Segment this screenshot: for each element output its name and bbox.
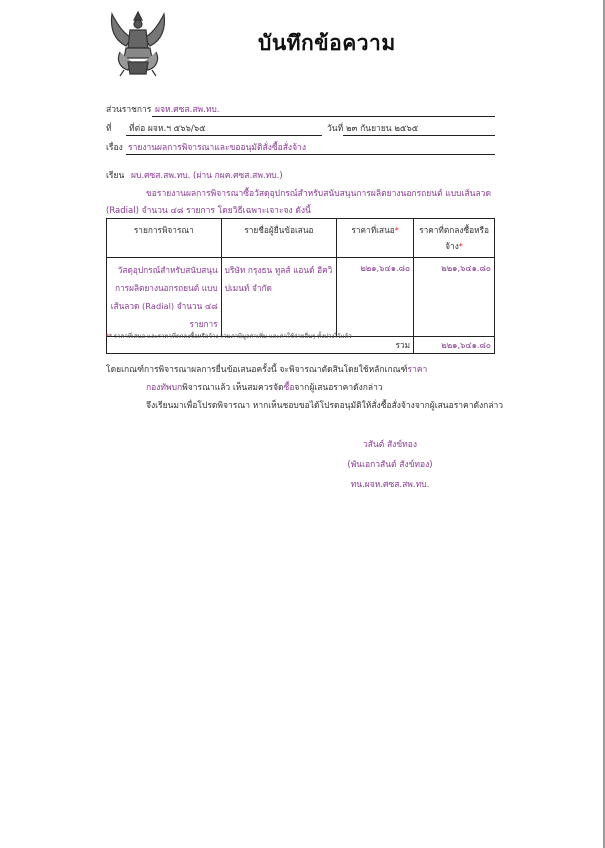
table-row: วัสดุอุปกรณ์สำหรับสนับสนุนการผลิตยางนอกร…	[107, 258, 495, 337]
body-line-2: กองทัพบกพิจารณาแล้ว เห็นสมควรจัดซื้อจากผ…	[146, 380, 383, 394]
date-value: ๒๓ กันยายน ๒๕๖๕	[346, 121, 418, 135]
cell-vendor: บริษัท กรุงธน ทูลส์ แอนด์ อีควิปเมนท์ จำ…	[221, 258, 337, 337]
ref-label: ที่	[106, 121, 112, 135]
date-label: วันที่	[327, 121, 343, 135]
department-underline	[152, 116, 495, 117]
subject-underline	[126, 154, 495, 155]
footnote: ** ราคาที่เสนอ และราคาที่ตกลงซื้อหรือจ้า…	[106, 331, 352, 341]
header-agreed-price: ราคาที่ตกลงซื้อหรือจ้าง*	[414, 219, 495, 258]
header-vendor: รายชื่อผู้ยื่นข้อเสนอ	[221, 219, 337, 258]
ref-underline	[126, 135, 322, 136]
department-label: ส่วนราชการ	[106, 102, 151, 116]
salutation-value: ผบ.ศซส.สพ.ทบ. (ผ่าน กผค.ศซส.สพ.ทบ.)	[131, 168, 283, 182]
intro-line-1: ขอรายงานผลการพิจารณาซื้อวัสดุอุปกรณ์สำหร…	[146, 186, 491, 200]
department-value: ผจห.ศซส.สพ.ทบ.	[155, 102, 220, 116]
ref-value: ที่ต่อ ผจห.ฯ ๕๖๖/๖๕	[129, 121, 206, 135]
salutation-label: เรียน	[106, 168, 124, 182]
cell-agreed-price: ๒๒๑,๖๔๑.๘๐	[414, 258, 495, 337]
total-value: ๒๒๑,๖๔๑.๘๐	[414, 337, 495, 354]
table-header-row: รายการพิจารณา รายชื่อผู้ยื่นข้อเสนอ ราคา…	[107, 219, 495, 258]
body-line-3: จึงเรียนมาเพื่อโปรดพิจารณา หากเห็นชอบขอไ…	[146, 398, 503, 412]
subject-label: เรื่อง	[106, 140, 123, 154]
subject-value: รายงานผลการพิจารณาและขออนุมัติสั่งซื้อสั…	[128, 140, 306, 154]
memo-page: บันทึกข้อความ ส่วนราชการ ผจห.ศซส.สพ.ทบ. …	[0, 0, 603, 848]
signature-position: ทน.ผจห.ศซส.สพ.ทบ.	[320, 477, 460, 491]
garuda-emblem-icon	[106, 8, 170, 78]
header-offered-price: ราคาที่เสนอ*	[337, 219, 414, 258]
body-line-1: โดยเกณฑ์การพิจารณาผลการยื่นข้อเสนอครั้งน…	[106, 362, 427, 376]
page-title: บันทึกข้อความ	[258, 27, 396, 60]
date-underline	[343, 135, 495, 136]
signature-full-name: (พันเอกวสันต์ สังข์ทอง)	[320, 457, 460, 471]
intro-line-2: (Radial) จำนวน ๔๘ รายการ โดยวิธีเฉพาะเจา…	[106, 203, 311, 217]
cell-item: วัสดุอุปกรณ์สำหรับสนับสนุนการผลิตยางนอกร…	[107, 258, 222, 337]
header-item: รายการพิจารณา	[107, 219, 222, 258]
cell-offered-price: ๒๒๑,๖๔๑.๘๐	[337, 258, 414, 337]
signature-name: วสันต์ สังข์ทอง	[320, 437, 460, 451]
